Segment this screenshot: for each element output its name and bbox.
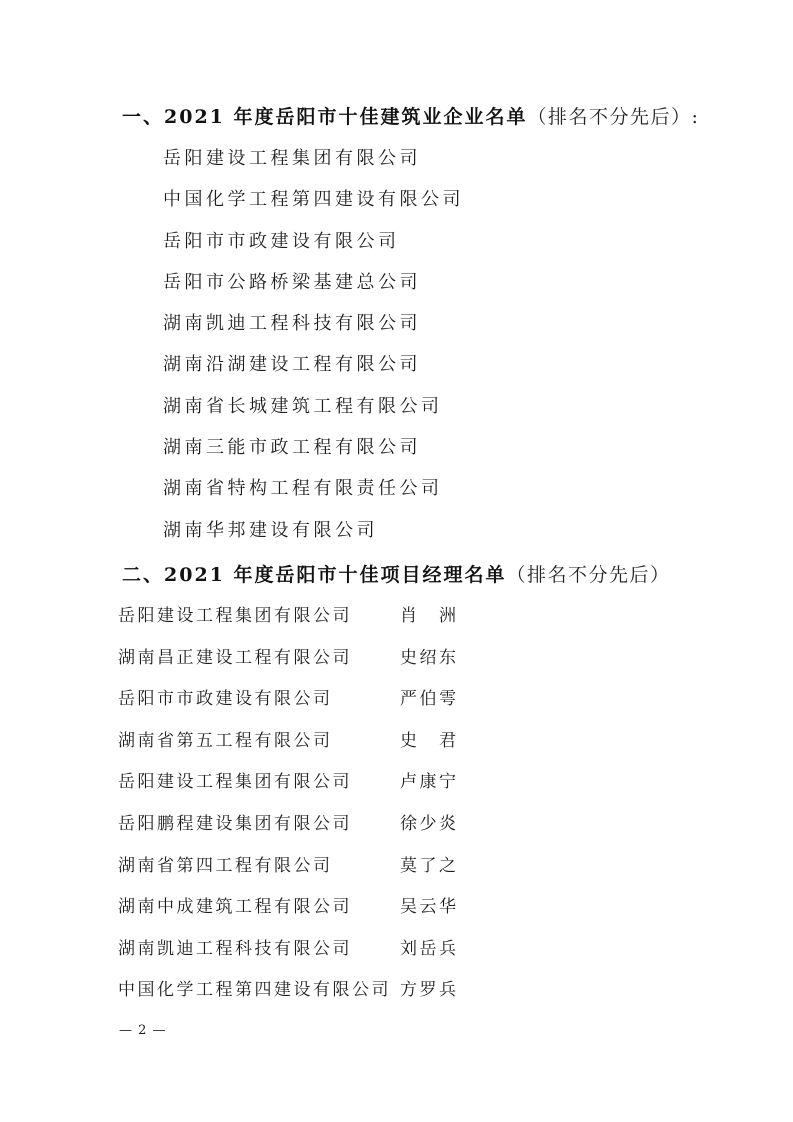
list-item: 中国化学工程第四建设有限公司 <box>163 179 464 220</box>
table-row: 湖南昌正建设工程有限公司 史绍东 <box>118 638 718 680</box>
manager-name: 卢康宁 <box>400 762 459 804</box>
manager-name: 吴云华 <box>400 887 459 929</box>
company-name: 湖南昌正建设工程有限公司 <box>118 638 400 680</box>
document-page: 一、2021 年度岳阳市十佳建筑业企业名单（排名不分先后）: 岳阳建设工程集团有… <box>0 0 793 1122</box>
list-item: 湖南省特构工程有限责任公司 <box>163 468 464 509</box>
company-name: 岳阳建设工程集团有限公司 <box>118 596 400 638</box>
page-number: — 2 — <box>119 1023 167 1038</box>
table-row: 湖南省第五工程有限公司 史 君 <box>118 721 718 763</box>
section1-heading-title: 一、2021 年度岳阳市十佳建筑业企业名单 <box>122 106 528 128</box>
manager-name: 史 君 <box>400 721 459 763</box>
table-row: 湖南省第四工程有限公司 莫了之 <box>118 846 718 888</box>
section1-heading-note: （排名不分先后）: <box>528 106 700 128</box>
manager-name: 严伯雩 <box>400 679 459 721</box>
list-item: 岳阳市市政建设有限公司 <box>163 221 464 262</box>
manager-name: 徐少炎 <box>400 804 459 846</box>
list-item: 湖南凯迪工程科技有限公司 <box>163 303 464 344</box>
list-item: 湖南华邦建设有限公司 <box>163 510 464 551</box>
section2-heading: 二、2021 年度岳阳市十佳项目经理名单（排名不分先后） <box>122 560 671 587</box>
list-item: 湖南沿湖建设工程有限公司 <box>163 344 464 385</box>
company-name: 湖南省第五工程有限公司 <box>118 721 400 763</box>
manager-name: 刘岳兵 <box>400 929 459 971</box>
list-item: 湖南省长城建筑工程有限公司 <box>163 386 464 427</box>
table-row: 湖南凯迪工程科技有限公司 刘岳兵 <box>118 929 718 971</box>
company-name: 中国化学工程第四建设有限公司 <box>118 970 400 1012</box>
top-enterprises-list: 岳阳建设工程集团有限公司 中国化学工程第四建设有限公司 岳阳市市政建设有限公司 … <box>163 138 464 551</box>
manager-name: 史绍东 <box>400 638 459 680</box>
company-name: 岳阳鹏程建设集团有限公司 <box>118 804 400 846</box>
section2-heading-note: （排名不分先后） <box>507 564 671 586</box>
list-item: 岳阳建设工程集团有限公司 <box>163 138 464 179</box>
table-row: 岳阳鹏程建设集团有限公司 徐少炎 <box>118 804 718 846</box>
table-row: 湖南中成建筑工程有限公司 吴云华 <box>118 887 718 929</box>
company-name: 岳阳建设工程集团有限公司 <box>118 762 400 804</box>
manager-name: 方罗兵 <box>400 970 459 1012</box>
table-row: 岳阳建设工程集团有限公司 肖 洲 <box>118 596 718 638</box>
company-name: 岳阳市市政建设有限公司 <box>118 679 400 721</box>
top-project-managers-list: 岳阳建设工程集团有限公司 肖 洲 湖南昌正建设工程有限公司 史绍东 岳阳市市政建… <box>118 596 718 1012</box>
manager-name: 莫了之 <box>400 846 459 888</box>
table-row: 岳阳建设工程集团有限公司 卢康宁 <box>118 762 718 804</box>
company-name: 湖南凯迪工程科技有限公司 <box>118 929 400 971</box>
list-item: 岳阳市公路桥梁基建总公司 <box>163 262 464 303</box>
company-name: 湖南中成建筑工程有限公司 <box>118 887 400 929</box>
section2-heading-title: 二、2021 年度岳阳市十佳项目经理名单 <box>122 564 507 586</box>
table-row: 中国化学工程第四建设有限公司 方罗兵 <box>118 970 718 1012</box>
company-name: 湖南省第四工程有限公司 <box>118 846 400 888</box>
table-row: 岳阳市市政建设有限公司 严伯雩 <box>118 679 718 721</box>
list-item: 湖南三能市政工程有限公司 <box>163 427 464 468</box>
manager-name: 肖 洲 <box>400 596 459 638</box>
section1-heading: 一、2021 年度岳阳市十佳建筑业企业名单（排名不分先后）: <box>122 102 699 129</box>
